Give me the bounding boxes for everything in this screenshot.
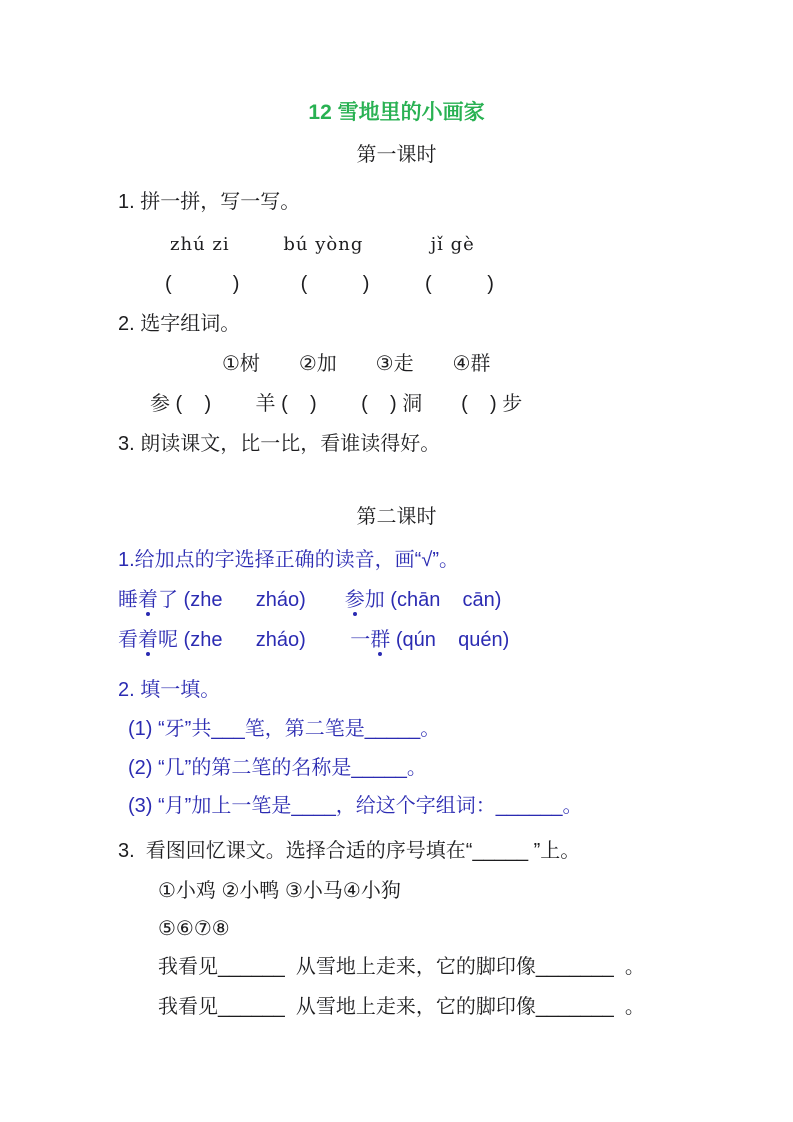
dotted-char: 群 (370, 628, 390, 652)
dotted-char: 着 (138, 588, 158, 612)
page-title: 12 雪地里的小画家 (0, 101, 793, 125)
text-segment: 加 (chān cān) (365, 589, 502, 611)
text-segment: 呢 (zhe zháo) 一 (158, 629, 370, 651)
lesson1-question-3: 3. 朗读课文，比一比，看谁读得好。 (118, 432, 440, 456)
text-segment: 了 (zhe zháo) (158, 589, 345, 611)
paren-blank-row: ( ) ( ) ( ) (165, 272, 494, 296)
choice-options-row: ①树 ②加 ③走 ④群 (222, 352, 490, 376)
worksheet-page: 12 雪地里的小画家 第一课时 1. 拼一拼，写一写。 zhú zi bú yò… (0, 0, 793, 1122)
text-segment: 睡 (118, 589, 138, 611)
text-segment: (qún quén) (390, 629, 509, 651)
lesson1-question-1: 1. 拼一拼，写一写。 (118, 190, 300, 214)
sentence-blank-line-1: 我看见______ 从雪地上走来，它的脚印像_______ 。 (158, 955, 645, 979)
dotted-char: 着 (138, 628, 158, 652)
pinyin-row: zhú zi bú yòng jǐ gè (170, 233, 475, 257)
fill-item-1: (1) “牙”共___笔，第二笔是_____。 (128, 717, 440, 741)
text-segment: 看 (118, 629, 138, 651)
lesson1-question-2: 2. 选字组词。 (118, 312, 240, 336)
lesson1-heading: 第一课时 (0, 143, 793, 167)
sentence-blank-line-2: 我看见______ 从雪地上走来，它的脚印像_______ 。 (158, 995, 645, 1019)
reading-choice-line-2: 看着呢 (zhe zháo) 一群 (qún quén) (118, 628, 509, 652)
lesson2-heading: 第二课时 (0, 505, 793, 529)
reading-choice-line-1: 睡着了 (zhe zháo) 参加 (chān cān) (118, 588, 501, 612)
dotted-char: 参 (345, 588, 365, 612)
fill-item-3: (3) “月”加上一笔是____，给这个字组词：______。 (128, 794, 583, 818)
word-blank-row: 参 ( ) 羊 ( ) ( ) 洞 ( ) 步 (150, 392, 522, 416)
sequence-options-row-1: ①小鸡 ②小鸭 ③小马④小狗 (158, 879, 401, 903)
lesson2-question-1: 1.给加点的字选择正确的读音，画“√”。 (118, 548, 459, 572)
fill-item-2: (2) “几”的第二笔的名称是_____。 (128, 756, 427, 780)
sequence-options-row-2: ⑤⑥⑦⑧ (158, 917, 230, 941)
lesson2-question-2: 2. 填一填。 (118, 678, 220, 702)
lesson2-question-3: 3. 看图回忆课文。选择合适的序号填在“_____ ”上。 (118, 839, 580, 863)
